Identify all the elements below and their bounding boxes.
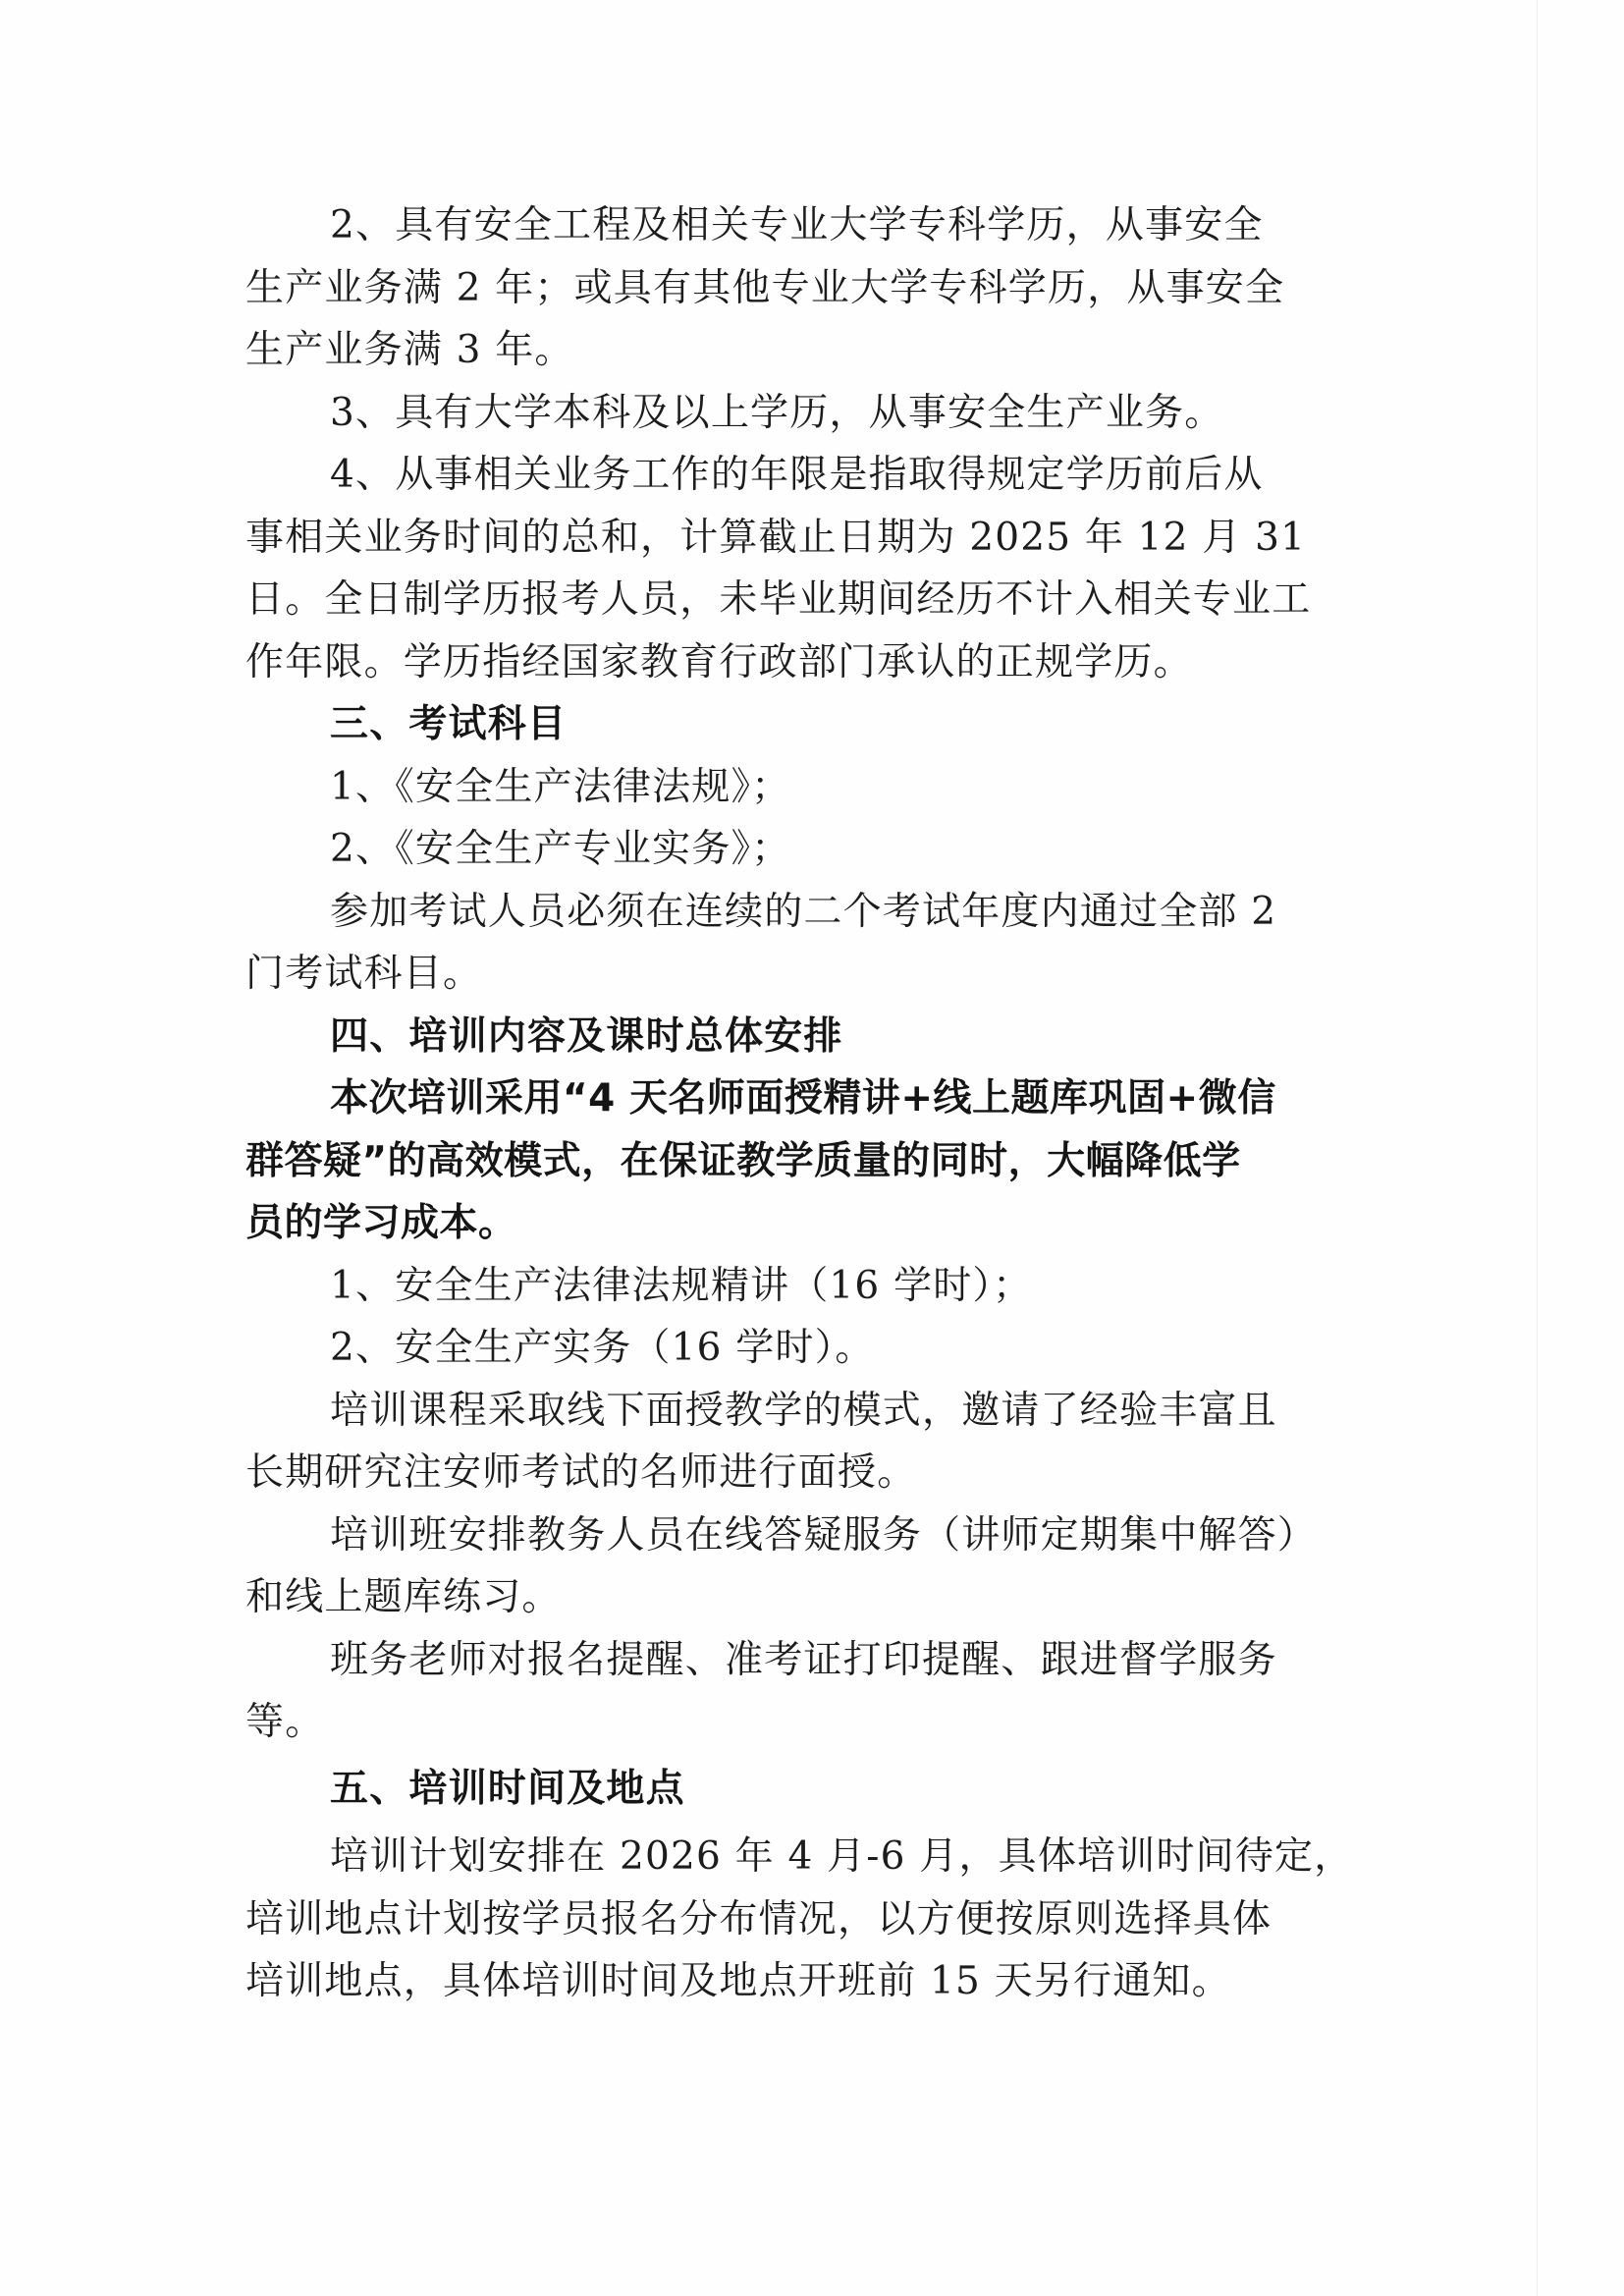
text-line: 门考试科目。 xyxy=(245,943,1384,1006)
list-item: 1、安全生产法律法规精讲（16 学时）； xyxy=(245,1255,1384,1318)
text-line: 4、从事相关业务工作的年限是指取得规定学历前后从 xyxy=(245,444,1384,507)
text-line: 日。全日制学历报考人员，未毕业期间经历不计入相关专业工 xyxy=(245,569,1384,631)
text-line: 培训地点，具体培训时间及地点开班前 15 天另行通知。 xyxy=(245,1950,1384,2013)
text-line: 培训课程采取线下面授教学的模式，邀请了经验丰富且 xyxy=(245,1380,1384,1443)
section-training-content: 四、培训内容及课时总体安排 本次培训采用“4 天名师面授精讲+线上题库巩固+微信… xyxy=(245,1006,1384,1754)
list-item: 1、《安全生产法律法规》； xyxy=(245,756,1384,819)
section-heading: 五、培训时间及地点 xyxy=(245,1758,1384,1821)
section-heading: 三、考试科目 xyxy=(245,693,1384,756)
text-line: 培训班安排教务人员在线答疑服务（讲师定期集中解答） xyxy=(245,1504,1384,1567)
text-line: 等。 xyxy=(245,1691,1384,1754)
highlight-line: 本次培训采用“4 天名师面授精讲+线上题库巩固+微信 xyxy=(245,1067,1384,1130)
text-line: 作年限。学历指经国家教育行政部门承认的正规学历。 xyxy=(245,631,1384,694)
requirement-4: 4、从事相关业务工作的年限是指取得规定学历前后从 事相关业务时间的总和，计算截止… xyxy=(245,444,1384,693)
text-line: 2、具有安全工程及相关专业大学专科学历，从事安全 xyxy=(245,194,1384,257)
text-line: 事相关业务时间的总和，计算截止日期为 2025 年 12 月 31 xyxy=(245,507,1384,570)
requirement-3: 3、具有大学本科及以上学历，从事安全生产业务。 xyxy=(245,382,1384,445)
highlight-line: 员的学习成本。 xyxy=(245,1192,1384,1255)
requirement-2: 2、具有安全工程及相关专业大学专科学历，从事安全 生产业务满 2 年；或具有其他… xyxy=(245,194,1384,382)
text-line: 培训地点计划按学员报名分布情况，以方便按原则选择具体 xyxy=(245,1888,1384,1951)
list-item: 2、《安全生产专业实务》； xyxy=(245,818,1384,881)
text-line: 培训计划安排在 2026 年 4 月-6 月，具体培训时间待定， xyxy=(245,1826,1384,1888)
document-page: 2、具有安全工程及相关专业大学专科学历，从事安全 生产业务满 2 年；或具有其他… xyxy=(0,0,1624,2296)
text-line: 班务老师对报名提醒、准考证打印提醒、跟进督学服务 xyxy=(245,1629,1384,1692)
section-heading: 四、培训内容及课时总体安排 xyxy=(245,1006,1384,1068)
scan-edge xyxy=(1537,0,1538,2296)
text-line: 和线上题库练习。 xyxy=(245,1566,1384,1629)
text-line: 生产业务满 2 年；或具有其他专业大学专科学历，从事安全 xyxy=(245,257,1384,320)
highlight-line: 群答疑”的高效模式，在保证教学质量的同时，大幅降低学 xyxy=(245,1130,1384,1193)
document-body: 2、具有安全工程及相关专业大学专科学历，从事安全 生产业务满 2 年；或具有其他… xyxy=(245,194,1384,2013)
text-line: 参加考试人员必须在连续的二个考试年度内通过全部 2 xyxy=(245,881,1384,944)
text-line: 长期研究注安师考试的名师进行面授。 xyxy=(245,1442,1384,1504)
section-exam-subjects: 三、考试科目 1、《安全生产法律法规》； 2、《安全生产专业实务》； 参加考试人… xyxy=(245,693,1384,1006)
section-time-location: 五、培训时间及地点 培训计划安排在 2026 年 4 月-6 月，具体培训时间待… xyxy=(245,1758,1384,2013)
list-item: 2、安全生产实务（16 学时）。 xyxy=(245,1317,1384,1380)
text-line: 生产业务满 3 年。 xyxy=(245,319,1384,382)
text-line: 3、具有大学本科及以上学历，从事安全生产业务。 xyxy=(245,382,1384,445)
